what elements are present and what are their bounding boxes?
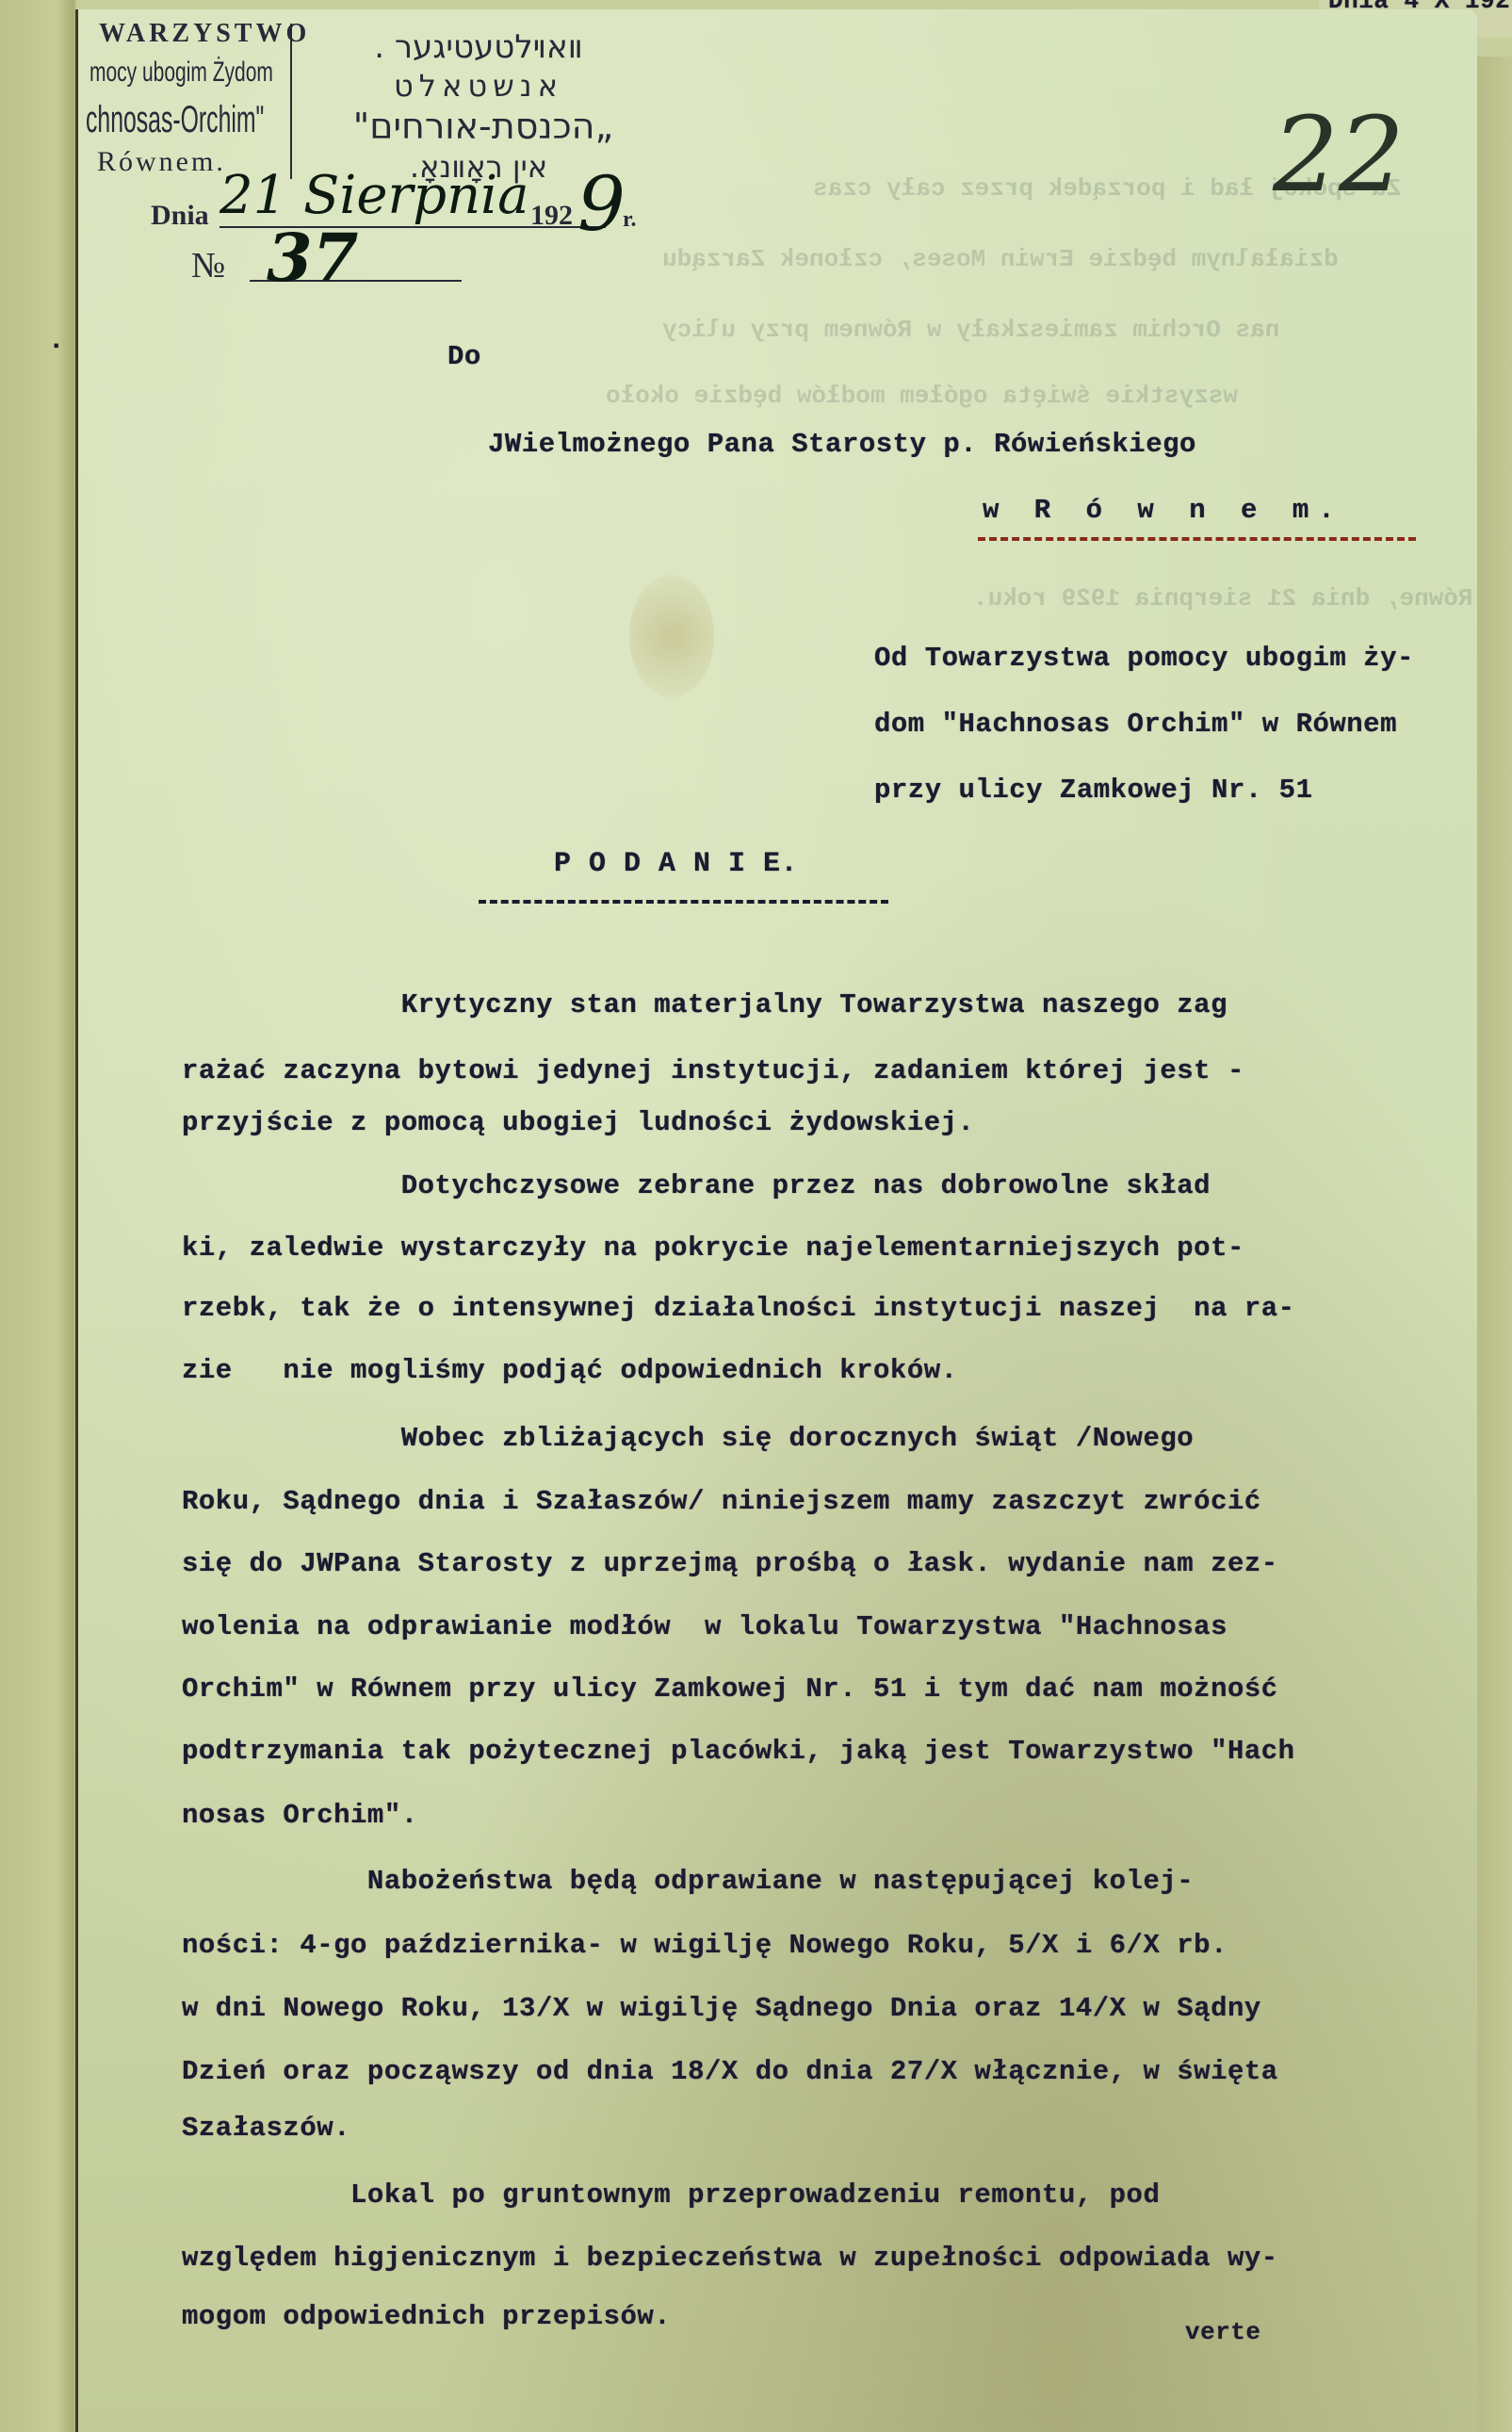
body-line: Krytyczny stan materjalny Towarzystwa na… [182,989,1227,1020]
show-through-line: wszystkie święta ogółem modłów będzie ok… [606,382,1238,410]
sender-line: Od Towarzystwa pomocy ubogim ży- [874,643,1414,674]
body-line: przyjście z pomocą ubogiej ludności żydo… [182,1107,974,1138]
body-line: rzebk, tak że o intensywnej działalności… [182,1293,1295,1324]
stamp-line: mocy ubogim Żydom [89,57,273,89]
body-line: ności: 4-go października- w wigilję Nowe… [182,1930,1227,1961]
body-line: Szałaszów. [182,2113,350,2144]
body-line: ki, zaledwie wystarczyły na pokrycie naj… [182,1232,1244,1264]
body-line: Orchim" w Równem przy ulicy Zamkowej Nr.… [182,1673,1278,1705]
date-label: Dnia [151,200,209,232]
body-line: się do JWPana Starosty z uprzejmą prośbą… [182,1548,1278,1579]
body-line: Roku, Sądnego dnia i Szałaszów/ niniejsz… [182,1486,1261,1517]
year-printed: 192 [530,200,573,232]
address-to: Do [447,341,481,372]
body-line: Nabożeństwa będą odprawiane w następując… [182,1866,1194,1897]
stamp-line: Równem. [97,146,226,178]
sender-line: dom "Hachnosas Orchim" w Równem [874,709,1397,740]
stamp-line: WARZYSTWO [99,19,310,49]
show-through-line: działalnym będzie Erwin Moses, członek Z… [662,245,1339,273]
verte-note: verte [1185,2318,1261,2346]
body-line: Dzień oraz począwszy od dnia 18/X do dni… [182,2056,1278,2087]
underlying-sheet-right [1474,57,1512,2432]
show-through-line: Równe, dnia 21 sierpnia 1929 roku. [973,584,1473,612]
show-through-line: nas Orchim zamieszkały w Równem przy uli… [662,316,1279,344]
body-line: wolenia na odprawianie modłów w lokalu T… [182,1611,1227,1642]
body-line: rażać zaczyna bytowi jedynej instytucji,… [182,1055,1244,1086]
number-handwritten: 37 [267,219,358,297]
body-line: Wobec zbliżających się dorocznych świąt … [182,1423,1194,1454]
stamp-yiddish-line: אנשטאלט [328,68,629,104]
number-label: № [191,245,225,286]
body-line: podtrzymania tak pożytecznej placówki, j… [182,1736,1295,1767]
document-page: Za spokój ład i porządek przez cały czas… [75,9,1477,2432]
body-line: nosas Orchim". [182,1800,418,1831]
body-line: względem higjenicznym i bezpieczeństwa w… [182,2243,1278,2274]
body-line: zie nie mogliśmy podjąć odpowiednich kro… [182,1355,958,1386]
stamp-line: chnosas-Orchim" [86,99,264,141]
title-underline [479,900,888,904]
body-line: w dni Nowego Roku, 13/X w wigilję Sądneg… [182,1993,1261,2024]
address-city-underline [978,537,1416,541]
stamp-divider [290,24,292,179]
address-recipient: JWielmożnego Pana Starosty p. Rówieńskie… [488,429,1196,460]
body-line: Lokal po gruntownym przeprowadzeniu remo… [182,2179,1160,2211]
document-title: P O D A N I E. [554,848,798,880]
body-line: Dotychczysowe zebrane przez nas dobrowol… [182,1170,1211,1201]
address-city: w R ó w n e m. [983,495,1344,526]
paper-stain [629,575,714,697]
year-suffix: r. [623,207,636,233]
sender-line: przy ulicy Zamkowej Nr. 51 [874,775,1312,806]
folio-number: 22 [1273,94,1405,215]
year-handwritten: 9 [577,160,626,248]
date-handwritten: 21 Sierpnia [219,165,528,226]
margin-dot: . [48,325,65,356]
stamp-yiddish-line: װאױלטעטיגער . [328,28,629,66]
stamp-yiddish-line: „הכנסת-אורחים" [314,106,653,147]
body-line: mogom odpowiednich przepisów. [182,2301,671,2332]
